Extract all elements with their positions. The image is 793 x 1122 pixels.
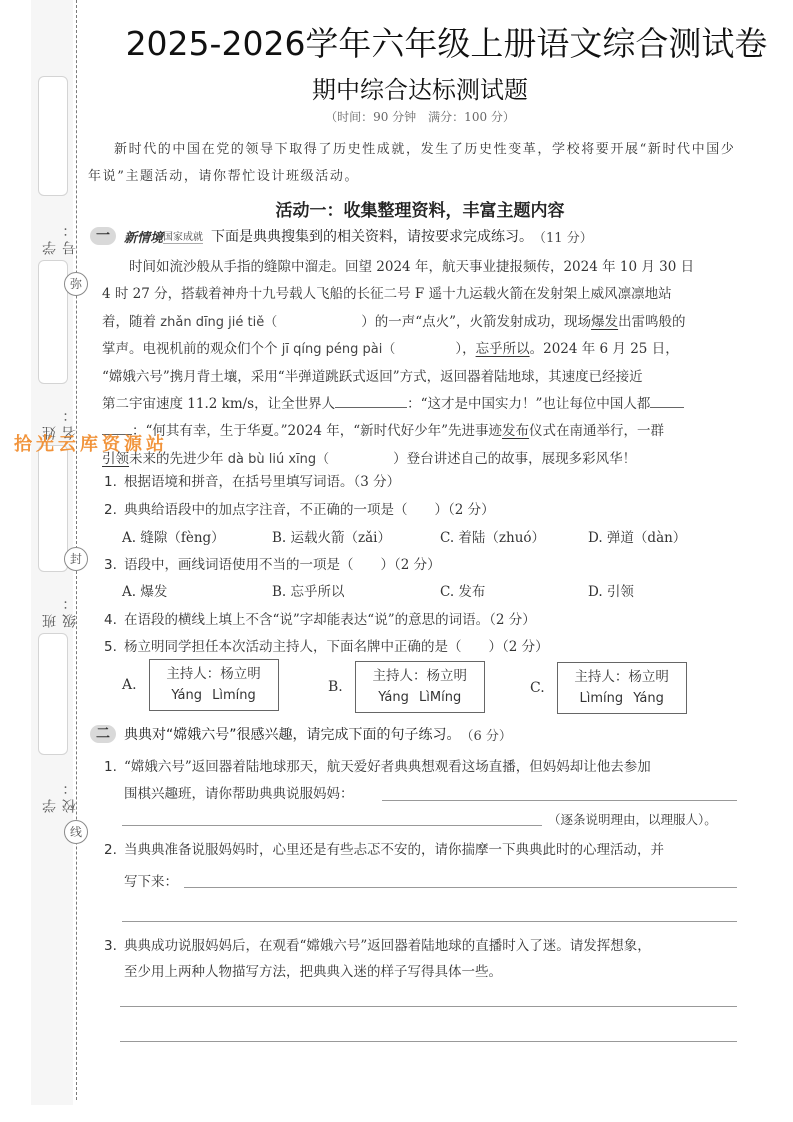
answer-line[interactable]	[382, 800, 737, 801]
question-text: 杨立明同学担任本次活动主持人，下面名牌中正确的是（ ）（2 分）	[124, 639, 549, 655]
question-number: 5.	[104, 639, 124, 655]
school-box[interactable]	[38, 633, 68, 755]
question-2-1: 1.“嫦娥六号”返回器着陆地球那天，航天爱好者典典想观看这场直播，但妈妈却让他去…	[104, 755, 744, 775]
passage-line: 4 时 27 分，搭载着神舟十九号载人飞船的长征二号 F 遥十九运载火箭在发射架…	[102, 286, 672, 302]
tag-national-achievement: 国家成就	[163, 228, 203, 244]
name-box[interactable]	[38, 260, 68, 384]
question-number: 1.	[104, 759, 124, 775]
question-2-3-cont: 至少用上两种人物描写方法，把典典入迷的样子写得具体一些。	[124, 960, 764, 980]
underlined-word: 发布	[502, 423, 529, 439]
question-1-1: 1.根据语境和拼音，在括号里填写词语。（3 分）	[104, 470, 744, 490]
nameplate: 主持人：杨立明 Lìmíng Yáng	[557, 662, 687, 714]
page-title: 2025-2026学年六年级上册语文综合测试卷	[100, 18, 793, 65]
tag-new-context: 新情境	[124, 227, 163, 246]
nameplate-title: 主持人：杨立明	[568, 666, 676, 688]
passage-line: 时间如流沙般从手指的缝隙中溜走。回望 2024 年，航天事业捷报频传，2024 …	[129, 259, 694, 275]
section-badge: 一	[90, 227, 116, 245]
question-2-3: 3.典典成功说服妈妈后，在观看“嫦娥六号”返回器着陆地球的直播时入了迷。请发挥想…	[104, 934, 744, 954]
class-label: 班级：	[40, 578, 64, 628]
pinyin-prompt: zhǎn dīng jié tiě（	[160, 315, 277, 330]
student-id-box[interactable]	[38, 76, 68, 196]
passage-text: ：“这才是中国实力！”也让每位中国人都	[407, 396, 650, 412]
underlined-word: 爆发	[591, 314, 618, 330]
answer-line[interactable]	[120, 1006, 737, 1007]
passage-text: 掌声。电视机前的观众们个个	[102, 341, 278, 357]
question-text: 根据语境和拼音，在括号里填写词语。（3 分）	[124, 474, 400, 490]
intro-paragraph: 新时代的中国在党的领导下取得了历史性成就，发生了历史性变革，学校将要开展“新时代…	[88, 136, 748, 190]
question-1-3: 3.语段中，画线词语使用不当的一项是（ ）（2 分）	[104, 553, 744, 573]
question-text: 在语段的横线上填上不含“说”字却能表达“说”的意思的词语。（2 分）	[124, 612, 536, 628]
option-d[interactable]: D. 弹道（dàn）	[588, 526, 686, 546]
question-number: 4.	[104, 612, 124, 628]
section-instruction: 下面是典典搜集到的相关资料，请按要求完成练习。	[211, 226, 533, 246]
section-score: （6 分）	[461, 725, 512, 744]
option-c[interactable]: C. 着陆（zhuó）	[440, 526, 545, 546]
question-number: 2.	[104, 502, 124, 518]
section-2-header: 二 典典对“嫦娥六号”很感兴趣，请完成下面的句子练习。 （6 分）	[90, 724, 512, 744]
question-2-1-hint: （逐条说明理由，以理服人）。	[548, 810, 748, 828]
option-a[interactable]: A. 缝隙（fèng）	[122, 526, 225, 546]
option-letter: A.	[122, 677, 137, 693]
passage-text: 仪式在南通举行，一群	[529, 423, 664, 439]
passage-text: ）的一声“点火”，火箭发射成功，现场	[361, 314, 591, 330]
option-b[interactable]: B. 忘乎所以	[272, 580, 345, 600]
option-c[interactable]: C. 发布	[440, 580, 485, 600]
underlined-word: 忘乎所以	[476, 341, 530, 357]
option-d[interactable]: D. 引领	[588, 580, 634, 600]
nameplate-title: 主持人：杨立明	[366, 665, 474, 687]
option-letter: B.	[328, 679, 343, 695]
option-b[interactable]: B. 运载火箭（zǎi）	[272, 526, 391, 546]
option-a[interactable]: A. 爆发	[122, 580, 167, 600]
activity-title: 活动一：收集整理资料，丰富主题内容	[100, 196, 740, 221]
seal-feng: 封	[64, 547, 88, 571]
question-text: 至少用上两种人物描写方法，把典典入迷的样子写得具体一些。	[124, 964, 502, 980]
school-label: 学校：	[40, 763, 64, 813]
passage-text: 。2024 年 6 月 25 日，	[530, 341, 679, 357]
section-score: （11 分）	[533, 227, 593, 246]
class-box[interactable]	[38, 445, 68, 572]
question-1-4: 4.在语段的横线上填上不含“说”字却能表达“说”的意思的词语。（2 分）	[104, 608, 744, 628]
watermark: 拾光云库资源站	[14, 430, 168, 456]
passage-text: ），	[455, 341, 475, 357]
nameplate-pinyin: Lìmíng Yáng	[568, 688, 676, 710]
question-2-1-cont: 围棋兴趣班，请你帮助典典说服妈妈：	[124, 782, 764, 802]
question-number: 3.	[104, 557, 124, 573]
passage-text: 第二宇宙速度 11.2 km/s，让全世界人	[102, 396, 335, 412]
fill-blank-said-1[interactable]	[335, 393, 407, 408]
answer-hint: （逐条说明理由，以理服人）。	[548, 812, 717, 827]
fill-blank-said-2a[interactable]	[650, 393, 684, 408]
section-badge: 二	[90, 725, 116, 743]
answer-line[interactable]	[122, 921, 737, 922]
page-subtitle: 期中综合达标测试题	[100, 70, 740, 105]
exam-page: 学号： 姓名： 班级： 学校： 弥 封 线 2025-2026学年六年级上册语文…	[0, 0, 793, 1122]
answer-line[interactable]	[184, 887, 737, 888]
question-number: 3.	[104, 938, 124, 954]
answer-line[interactable]	[122, 825, 542, 826]
question-text: 典典给语段中的加点字注音，不正确的一项是（ ）（2 分）	[124, 502, 495, 518]
passage-line: “嫦娥六号”携月背土壤，采用“半弹道跳跃式返回”方式，返回器着陆地球，其速度已经…	[102, 369, 643, 385]
question-text: “嫦娥六号”返回器着陆地球那天，航天爱好者典典想观看这场直播，但妈妈却让他去参加	[124, 759, 651, 775]
answer-line[interactable]	[120, 1041, 737, 1042]
question-number: 2.	[104, 842, 124, 858]
nameplate: 主持人：杨立明 Yáng LìMíng	[355, 661, 485, 713]
option-letter: C.	[530, 680, 545, 696]
pinyin-prompt: jī qíng péng pài（	[282, 342, 396, 357]
section-instruction: 典典对“嫦娥六号”很感兴趣，请完成下面的句子练习。	[124, 724, 461, 744]
nameplate-option-a[interactable]: A. 主持人：杨立明 Yáng Lìmíng	[122, 659, 279, 711]
reading-passage: 时间如流沙般从手指的缝隙中溜走。回望 2024 年，航天事业捷报频传，2024 …	[102, 254, 742, 473]
question-text: 语段中，画线词语使用不当的一项是（ ）（2 分）	[124, 557, 441, 573]
question-text: 当典典准备说服妈妈时，心里还是有些忐忑不安的，请你揣摩一下典典此时的心理活动，并	[124, 842, 664, 858]
question-text: 典典成功说服妈妈后，在观看“嫦娥六号”返回器着陆地球的直播时入了迷。请发挥想象，	[124, 938, 651, 954]
passage-text: ）登台讲述自己的故事，展现多彩风华！	[393, 451, 636, 467]
passage-text: ：“何其有幸，生于华夏。”2024 年，“新时代好少年”先进事迹	[132, 423, 502, 439]
passage-text: 着，随着	[102, 314, 156, 330]
nameplate-title: 主持人：杨立明	[160, 663, 268, 685]
student-id-label: 学号：	[40, 205, 64, 255]
question-text: 围棋兴趣班，请你帮助典典说服妈妈：	[124, 786, 354, 802]
question-number: 1.	[104, 474, 124, 490]
nameplate-option-b[interactable]: B. 主持人：杨立明 Yáng LìMíng	[328, 661, 485, 713]
section-1-header: 一 新情境 国家成就 下面是典典搜集到的相关资料，请按要求完成练习。 （11 分…	[90, 226, 593, 246]
question-1-5: 5.杨立明同学担任本次活动主持人，下面名牌中正确的是（ ）（2 分）	[104, 635, 744, 655]
pinyin-prompt: dà bù liú xīng（	[228, 452, 329, 467]
seal-xian: 线	[64, 820, 88, 844]
nameplate-option-c[interactable]: C. 主持人：杨立明 Lìmíng Yáng	[530, 662, 687, 714]
exam-meta: （时间：90 分钟 满分：100 分）	[100, 108, 740, 125]
question-text: 写下来：	[124, 874, 178, 890]
passage-text: 出雷鸣般的	[618, 314, 686, 330]
question-1-2: 2.典典给语段中的加点字注音，不正确的一项是（ ）（2 分）	[104, 498, 744, 518]
nameplate: 主持人：杨立明 Yáng Lìmíng	[149, 659, 279, 711]
question-2-2: 2.当典典准备说服妈妈时，心里还是有些忐忑不安的，请你揣摩一下典典此时的心理活动…	[104, 838, 744, 858]
nameplate-pinyin: Yáng Lìmíng	[160, 685, 268, 707]
nameplate-pinyin: Yáng LìMíng	[366, 687, 474, 709]
seal-mi: 弥	[64, 272, 88, 296]
